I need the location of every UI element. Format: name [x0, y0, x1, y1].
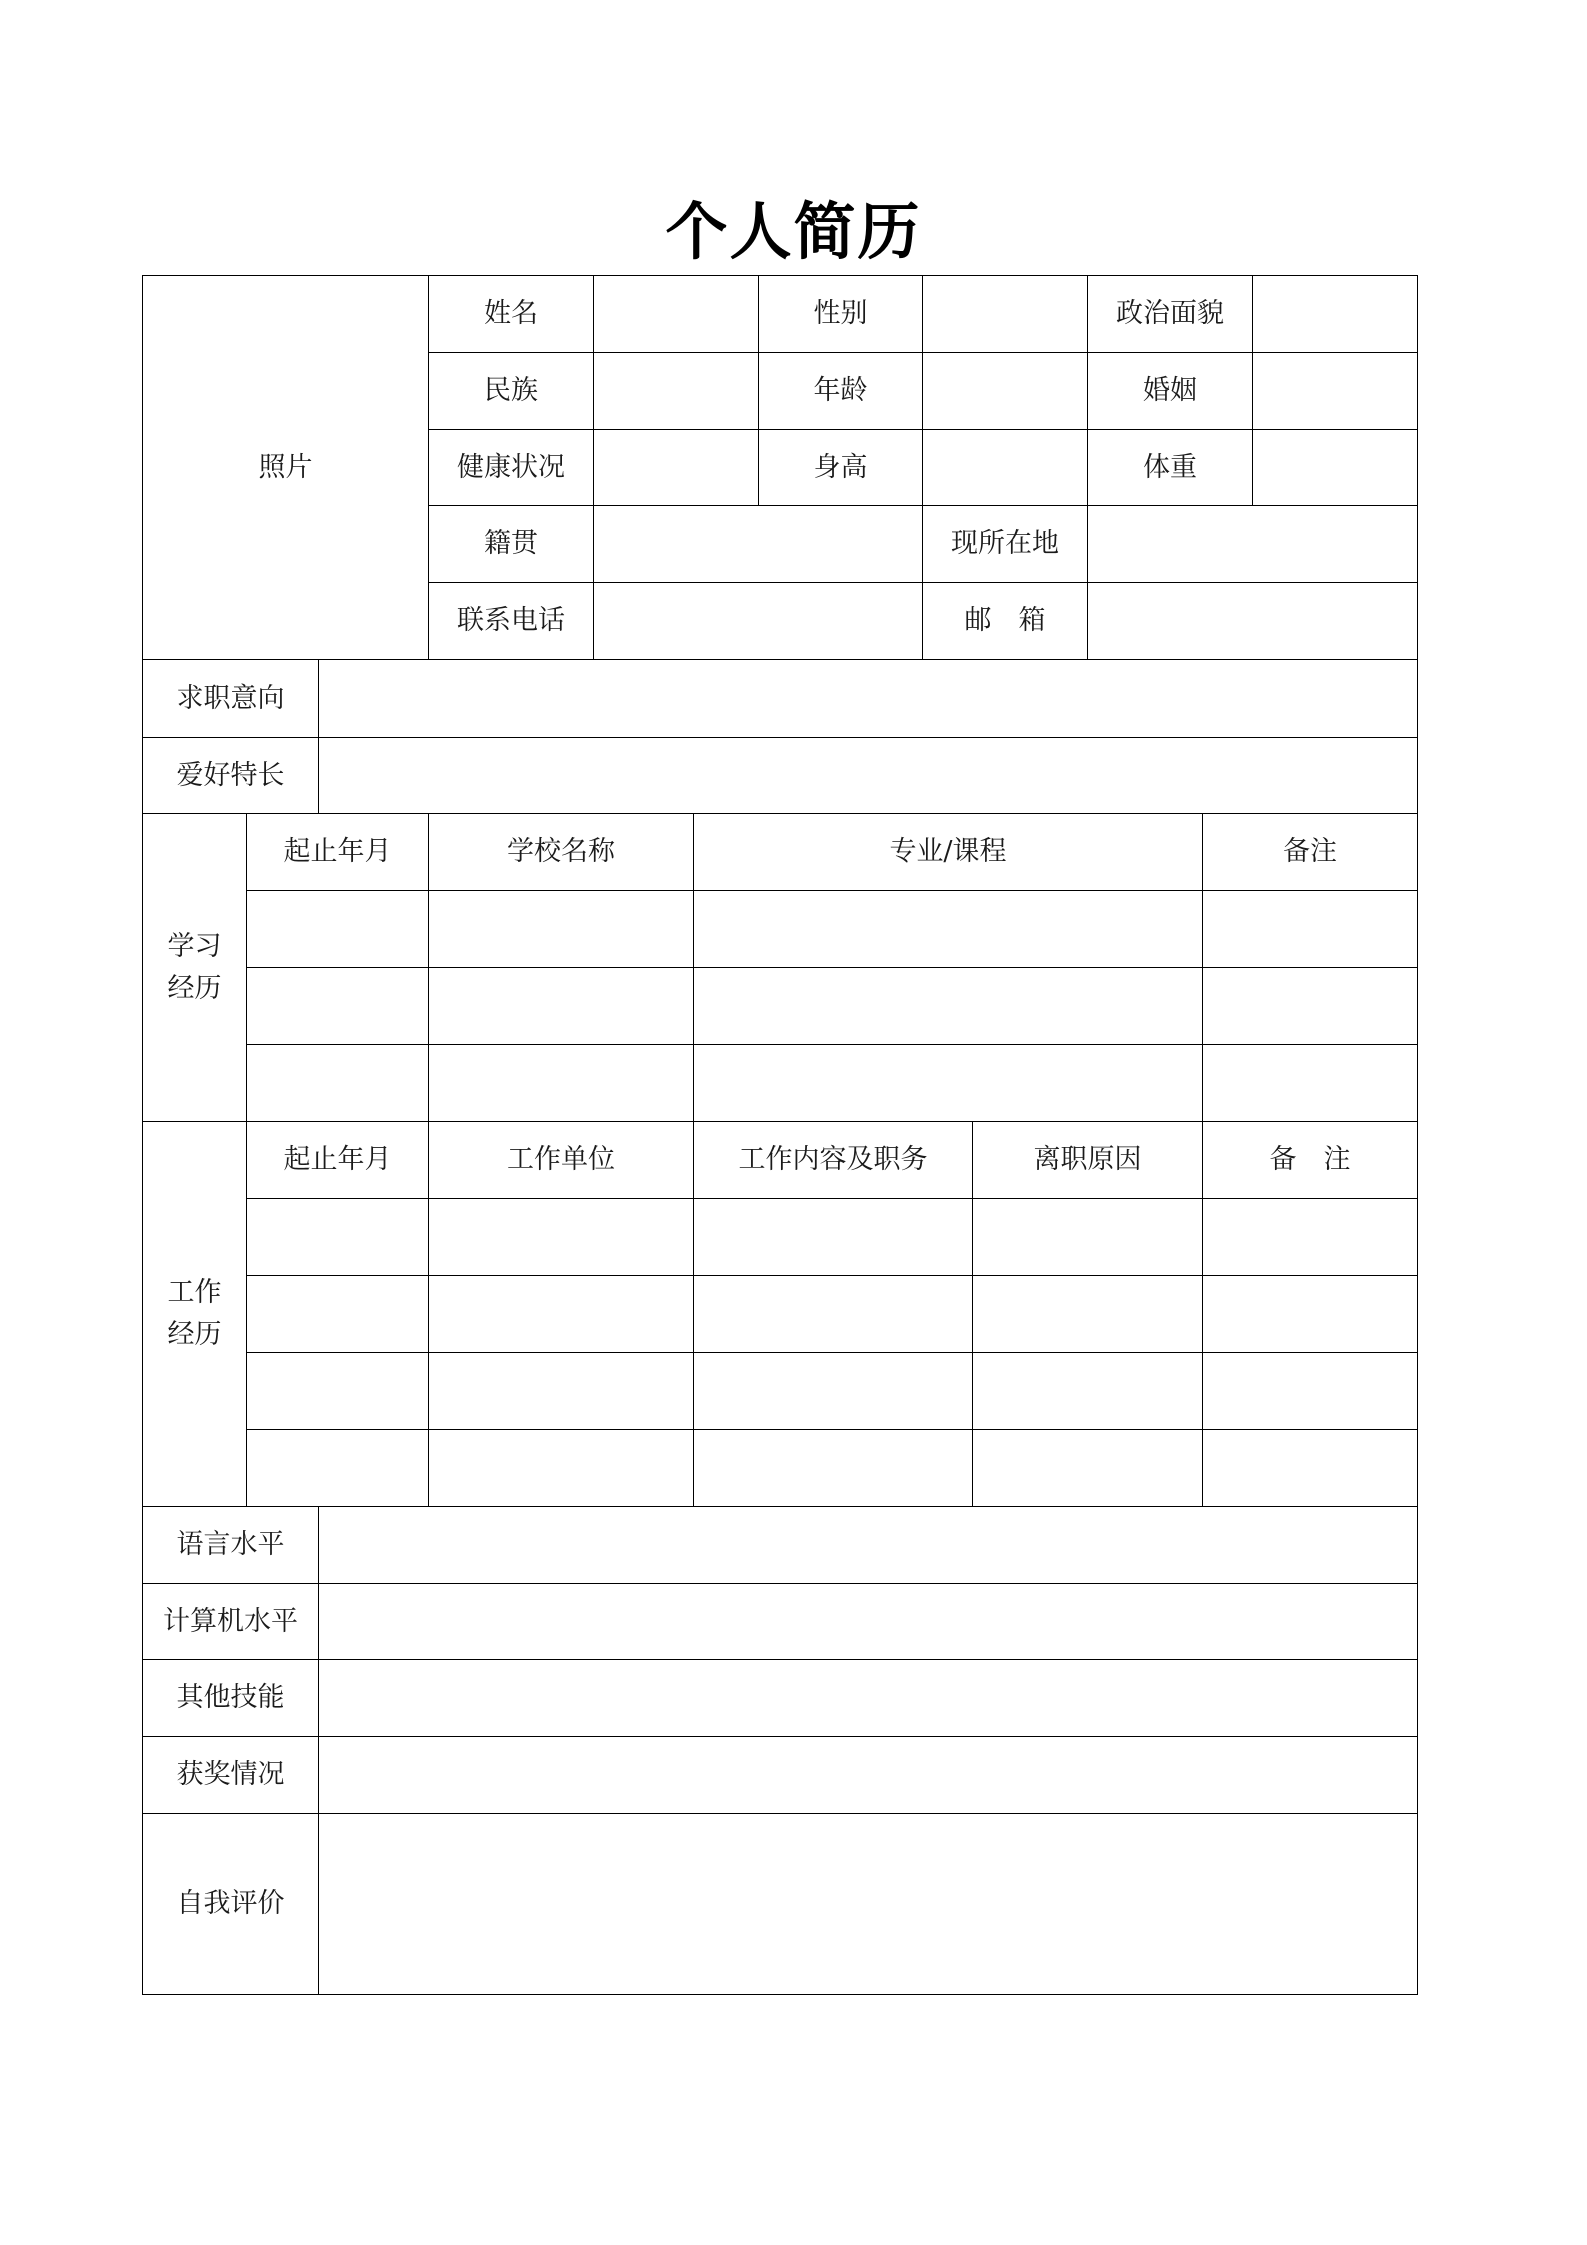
computer-level-label: 计算机水平	[142, 1583, 319, 1660]
education-row-3-school[interactable]	[428, 1044, 694, 1122]
education-label-line1: 学习	[168, 926, 222, 968]
phone-label: 联系电话	[428, 582, 594, 660]
work-header-period: 起止年月	[246, 1121, 429, 1199]
weight-field[interactable]	[1252, 429, 1418, 506]
height-label: 身高	[758, 429, 923, 506]
education-row-2-major[interactable]	[693, 967, 1203, 1045]
health-field[interactable]	[593, 429, 759, 506]
work-row-4-notes[interactable]	[1202, 1429, 1418, 1507]
photo-cell[interactable]: 照片	[142, 275, 429, 660]
ethnicity-label: 民族	[428, 352, 594, 430]
age-field[interactable]	[922, 352, 1088, 430]
education-row-3-major[interactable]	[693, 1044, 1203, 1122]
job-intention-label: 求职意向	[142, 659, 319, 738]
work-header-leave-reason: 离职原因	[972, 1121, 1203, 1199]
work-row-4-duties[interactable]	[693, 1429, 973, 1507]
phone-field[interactable]	[593, 582, 923, 660]
awards-label: 获奖情况	[142, 1736, 319, 1814]
work-row-3-notes[interactable]	[1202, 1352, 1418, 1430]
page-title: 个人简历	[0, 192, 1587, 274]
marital-status-label: 婚姻	[1087, 352, 1253, 430]
name-field[interactable]	[593, 275, 759, 353]
height-field[interactable]	[922, 429, 1088, 506]
work-row-1-employer[interactable]	[428, 1198, 694, 1276]
email-field[interactable]	[1087, 582, 1418, 660]
work-row-3-duties[interactable]	[693, 1352, 973, 1430]
education-row-1-major[interactable]	[693, 890, 1203, 968]
education-header-school: 学校名称	[428, 813, 694, 891]
education-row-1-period[interactable]	[246, 890, 429, 968]
current-location-label: 现所在地	[922, 505, 1088, 583]
education-section-label: 学习 经历	[142, 813, 247, 1122]
work-row-4-period[interactable]	[246, 1429, 429, 1507]
education-row-2-notes[interactable]	[1202, 967, 1418, 1045]
education-row-3-notes[interactable]	[1202, 1044, 1418, 1122]
work-row-1-period[interactable]	[246, 1198, 429, 1276]
education-row-3-period[interactable]	[246, 1044, 429, 1122]
native-place-label: 籍贯	[428, 505, 594, 583]
work-header-employer: 工作单位	[428, 1121, 694, 1199]
age-label: 年龄	[758, 352, 923, 430]
political-status-label: 政治面貌	[1087, 275, 1253, 353]
education-row-1-notes[interactable]	[1202, 890, 1418, 968]
education-header-notes: 备注	[1202, 813, 1418, 891]
computer-level-field[interactable]	[318, 1583, 1418, 1660]
awards-field[interactable]	[318, 1736, 1418, 1814]
political-status-field[interactable]	[1252, 275, 1418, 353]
marital-status-field[interactable]	[1252, 352, 1418, 430]
current-location-field[interactable]	[1087, 505, 1418, 583]
name-label: 姓名	[428, 275, 594, 353]
gender-field[interactable]	[922, 275, 1088, 353]
email-label: 邮 箱	[922, 582, 1088, 660]
self-evaluation-label: 自我评价	[142, 1813, 319, 1995]
other-skills-field[interactable]	[318, 1659, 1418, 1737]
job-intention-field[interactable]	[318, 659, 1418, 738]
work-row-2-employer[interactable]	[428, 1275, 694, 1353]
education-label-line2: 经历	[168, 968, 222, 1010]
work-section-label: 工作 经历	[142, 1121, 247, 1507]
work-row-2-duties[interactable]	[693, 1275, 973, 1353]
education-header-period: 起止年月	[246, 813, 429, 891]
self-evaluation-field[interactable]	[318, 1813, 1418, 1995]
work-row-4-employer[interactable]	[428, 1429, 694, 1507]
work-row-2-period[interactable]	[246, 1275, 429, 1353]
work-row-1-duties[interactable]	[693, 1198, 973, 1276]
work-row-2-notes[interactable]	[1202, 1275, 1418, 1353]
weight-label: 体重	[1087, 429, 1253, 506]
work-header-duties: 工作内容及职务	[693, 1121, 973, 1199]
hobbies-field[interactable]	[318, 737, 1418, 814]
work-row-1-leave-reason[interactable]	[972, 1198, 1203, 1276]
work-row-3-leave-reason[interactable]	[972, 1352, 1203, 1430]
education-row-1-school[interactable]	[428, 890, 694, 968]
ethnicity-field[interactable]	[593, 352, 759, 430]
work-header-notes: 备 注	[1202, 1121, 1418, 1199]
education-row-2-period[interactable]	[246, 967, 429, 1045]
work-label-line2: 经历	[168, 1314, 222, 1356]
work-row-3-employer[interactable]	[428, 1352, 694, 1430]
work-label-line1: 工作	[168, 1272, 222, 1314]
gender-label: 性别	[758, 275, 923, 353]
native-place-field[interactable]	[593, 505, 923, 583]
work-row-2-leave-reason[interactable]	[972, 1275, 1203, 1353]
language-level-field[interactable]	[318, 1506, 1418, 1584]
photo-label: 照片	[259, 447, 313, 489]
education-header-major: 专业/课程	[693, 813, 1203, 891]
work-row-1-notes[interactable]	[1202, 1198, 1418, 1276]
other-skills-label: 其他技能	[142, 1659, 319, 1737]
education-row-2-school[interactable]	[428, 967, 694, 1045]
language-level-label: 语言水平	[142, 1506, 319, 1584]
work-row-3-period[interactable]	[246, 1352, 429, 1430]
health-label: 健康状况	[428, 429, 594, 506]
hobbies-label: 爱好特长	[142, 737, 319, 814]
work-row-4-leave-reason[interactable]	[972, 1429, 1203, 1507]
